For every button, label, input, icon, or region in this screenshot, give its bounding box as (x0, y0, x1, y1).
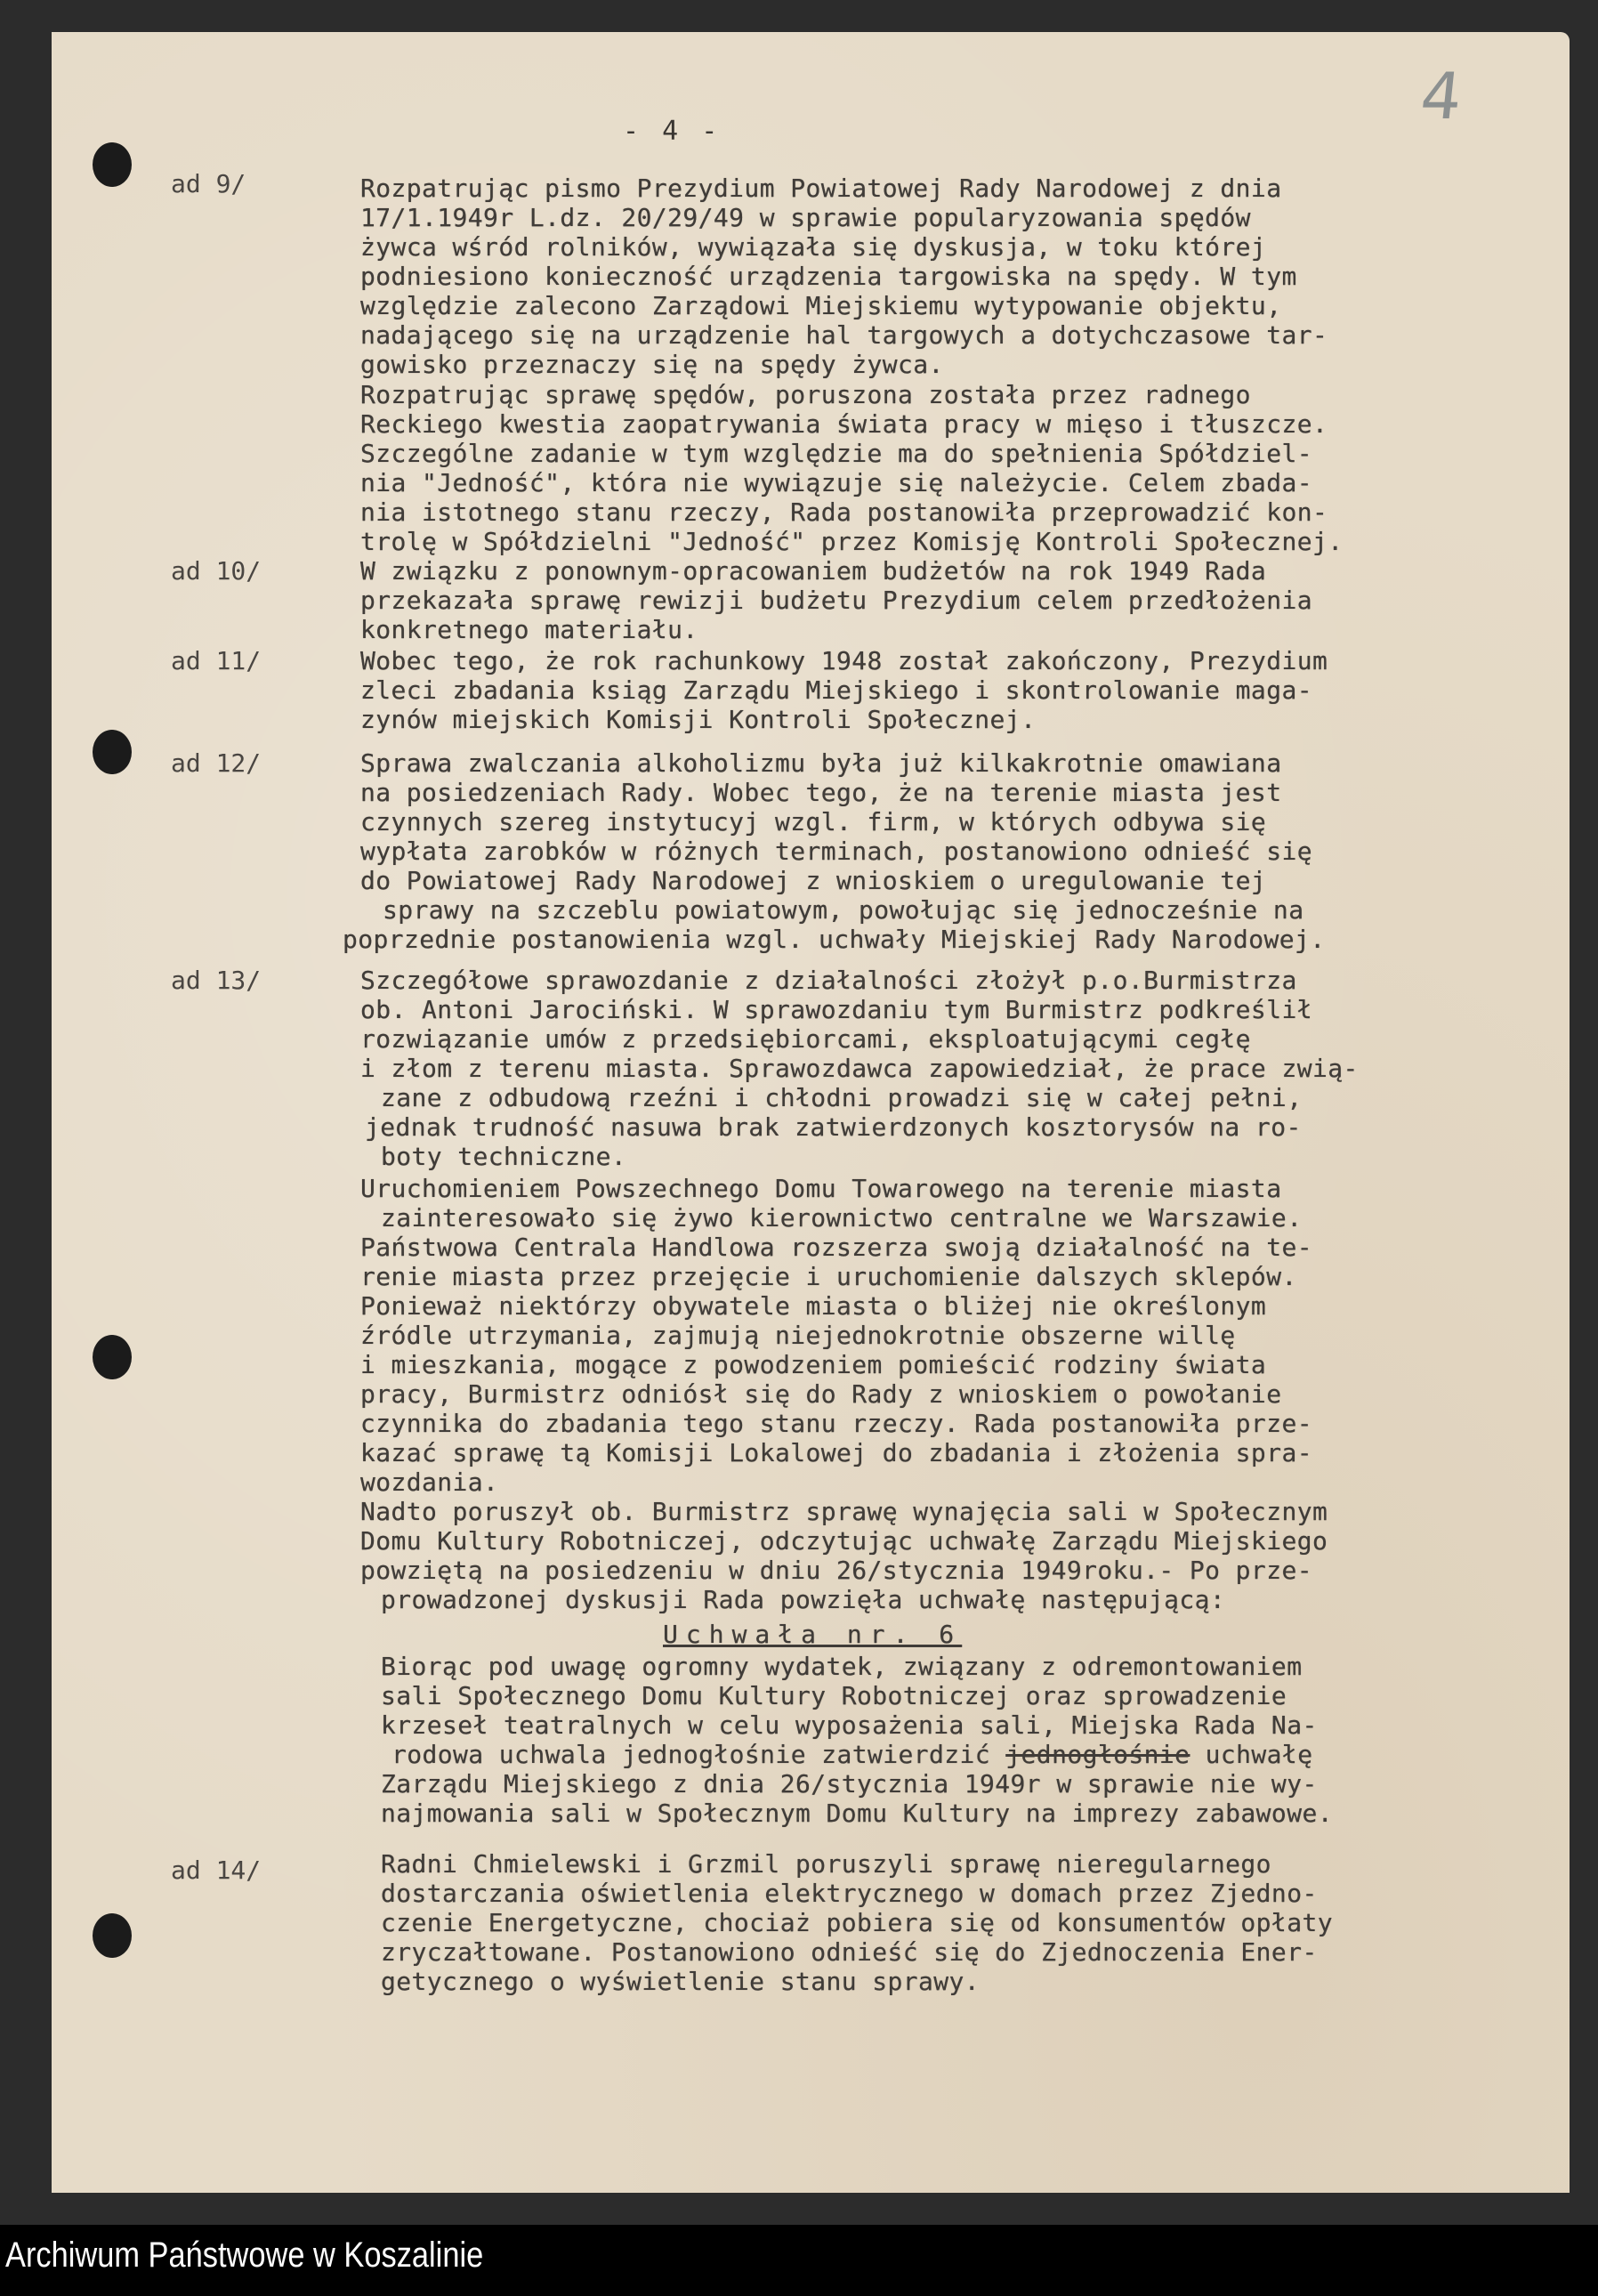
text-line: Zarządu Miejskiego z dnia 26/stycznia 19… (381, 1769, 1318, 1799)
punch-hole (93, 730, 132, 774)
text-line: konkretnego materiału. (360, 615, 698, 644)
text-line: przekazała sprawę rewizji budżetu Prezyd… (360, 586, 1312, 615)
text-line: Państwowa Centrala Handlowa rozszerza sw… (360, 1233, 1312, 1262)
agenda-item-label: ad 9/ (171, 169, 246, 198)
text-line: i złom z terenu miasta. Sprawozdawca zap… (360, 1054, 1359, 1083)
text-line: do Powiatowej Rady Narodowej z wnioskiem… (360, 866, 1266, 895)
text-line: względzie zalecono Zarządowi Miejskiemu … (360, 291, 1281, 320)
text-line: podniesiono konieczność urządzenia targo… (360, 262, 1297, 291)
text-line: nadającego się na urządzenie hal targowy… (360, 320, 1328, 350)
text-line: kazać sprawę tą Komisji Lokalowej do zba… (360, 1438, 1312, 1467)
text-line: wypłata zarobków w różnych terminach, po… (360, 837, 1312, 866)
punch-hole (93, 142, 132, 187)
archive-name: Archiwum Państwowe w Koszalinie (5, 2235, 483, 2276)
text-line: prowadzonej dyskusji Rada powzięła uchwa… (381, 1585, 1225, 1614)
text-line: zleci zbadania ksiąg Zarządu Miejskiego … (360, 675, 1312, 705)
text-line: zryczałtowane. Postanowiono odnieść się … (381, 1937, 1318, 1967)
text-line: Ponieważ niektórzy obywatele miasta o bl… (360, 1291, 1266, 1321)
text-line: Nadto poruszył ob. Burmistrz sprawę wyna… (360, 1497, 1328, 1526)
text-line: rozwiązanie umów z przedsiębiorcami, eks… (360, 1024, 1251, 1054)
punch-hole (93, 1335, 132, 1379)
handwritten-folio-number: 4 (1417, 59, 1466, 133)
text-line: zane z odbudową rzeźni i chłodni prowadz… (381, 1083, 1302, 1112)
agenda-item-label: ad 11/ (171, 646, 261, 675)
text-line: najmowania sali w Społecznym Domu Kultur… (381, 1799, 1333, 1828)
footer-bar: Archiwum Państwowe w Koszalinie (0, 2225, 1598, 2296)
text-line: i mieszkania, mogące z powodzeniem pomie… (360, 1350, 1266, 1379)
text-line: czynnika do zbadania tego stanu rzeczy. … (360, 1409, 1312, 1438)
text-line: nia "Jedność", która nie wywiązuje się n… (360, 468, 1312, 497)
text-line: sprawy na szczeblu powiatowym, powołując… (383, 895, 1303, 925)
agenda-item-label: ad 12/ (171, 748, 261, 778)
text-line: getycznego o wyświetlenie stanu sprawy. (381, 1967, 980, 1996)
punch-hole (93, 1913, 132, 1958)
text-line: czynnych szereg instytucyj wzgl. firm, w… (360, 807, 1266, 837)
text-line: sali Społecznego Domu Kultury Robotnicze… (381, 1681, 1287, 1710)
text-line: poprzednie postanowienia wzgl. uchwały M… (343, 925, 1325, 954)
text-line: Wobec tego, że rok rachunkowy 1948 zosta… (360, 646, 1328, 675)
text-line: Szczególne zadanie w tym względzie ma do… (360, 439, 1312, 468)
agenda-item-label: ad 10/ (171, 556, 261, 586)
text-line: żywca wśród rolników, wywiązała się dysk… (360, 232, 1266, 262)
text-line: ob. Antoni Jarociński. W sprawozdaniu ty… (360, 995, 1312, 1024)
text-line: 17/1.1949r L.dz. 20/29/49 w sprawie popu… (360, 203, 1251, 232)
text-line: Szczegółowe sprawozdanie z działalności … (360, 966, 1297, 995)
text-line: źródle utrzymania, zajmują niejednokrotn… (360, 1321, 1236, 1350)
text-line: Rozpatrując sprawę spędów, poruszona zos… (360, 380, 1251, 409)
text-line: renie miasta przez przejęcie i uruchomie… (360, 1262, 1297, 1291)
text-line: jednak trudność nasuwa brak zatwierdzony… (365, 1112, 1302, 1142)
text-line: na posiedzeniach Rady. Wobec tego, że na… (360, 778, 1281, 807)
text-line: rodowa uchwala jednogłośnie zatwierdzić … (391, 1740, 1312, 1769)
agenda-item-label: ad 14/ (171, 1855, 261, 1885)
text-line: Sprawa zwalczania alkoholizmu była już k… (360, 748, 1281, 778)
text-line: powziętą na posiedzeniu w dniu 26/styczn… (360, 1556, 1312, 1585)
text-line: wozdania. (360, 1467, 498, 1497)
page-number: - 4 - (623, 116, 721, 147)
text-line: Biorąc pod uwagę ogromny wydatek, związa… (381, 1652, 1302, 1681)
text-line: krzeseł teatralnych w celu wyposażenia s… (381, 1710, 1318, 1740)
text-line: dostarczania oświetlenia elektrycznego w… (381, 1879, 1318, 1908)
text-line: W związku z ponownym-opracowaniem budżet… (360, 556, 1266, 586)
text-line: Rozpatrując pismo Prezydium Powiatowej R… (360, 174, 1281, 203)
text-line: Reckiego kwestia zaopatrywania świata pr… (360, 409, 1328, 439)
text-line: zainteresowało się żywo kierownictwo cen… (381, 1203, 1302, 1233)
struck-out-word: jednogłośnie (1005, 1740, 1190, 1769)
text-line: Radni Chmielewski i Grzmil poruszyli spr… (381, 1849, 1271, 1879)
text-line: gowisko przeznaczy się na spędy żywca. (360, 350, 944, 379)
text-segment: rodowa uchwala jednogłośnie zatwierdzić (391, 1740, 1005, 1769)
text-segment: uchwałę (1190, 1740, 1312, 1769)
text-line: trolę w Spółdzielni "Jedność" przez Komi… (360, 527, 1343, 556)
text-line: Domu Kultury Robotniczej, odczytując uch… (360, 1526, 1328, 1556)
text-line: zynów miejskich Komisji Kontroli Społecz… (360, 705, 1036, 734)
text-line: Uruchomieniem Powszechnego Domu Towarowe… (360, 1174, 1281, 1203)
text-line: nia istotnego stanu rzeczy, Rada postano… (360, 497, 1328, 527)
agenda-item-label: ad 13/ (171, 966, 261, 995)
resolution-heading: Uchwała nr. 6 (663, 1620, 962, 1649)
text-line: pracy, Burmistrz odniósł się do Rady z w… (360, 1379, 1281, 1409)
text-line: boty techniczne. (381, 1142, 626, 1171)
text-line: czenie Energetyczne, chociaż pobiera się… (381, 1908, 1333, 1937)
